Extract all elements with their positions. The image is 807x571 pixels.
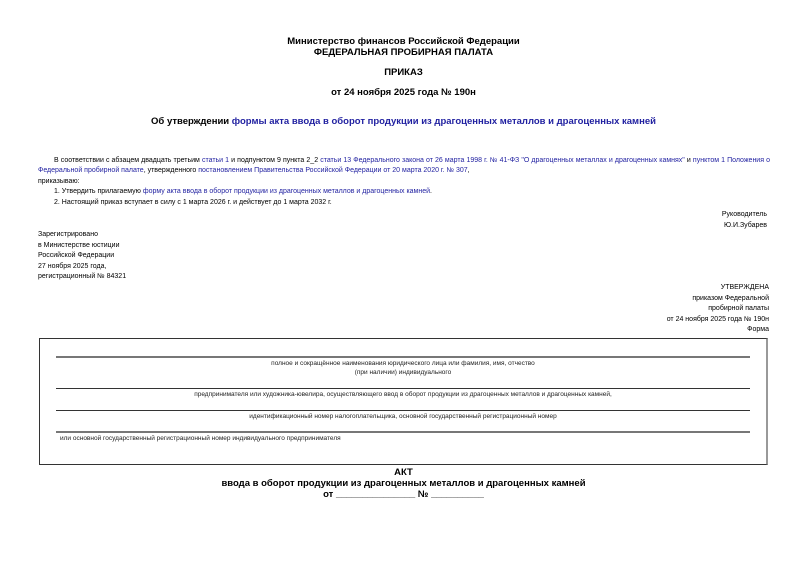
- form-link[interactable]: форму акта ввода в оборот продукции из д…: [143, 188, 430, 195]
- approval-block: УТВЕРЖДЕНА приказом Федеральной пробирно…: [667, 283, 769, 336]
- entity-name-caption: полное и сокращённое наименования юридич…: [56, 359, 750, 377]
- from-label: от: [323, 489, 333, 500]
- ogrnip-caption: или основной государственный регистрацио…: [60, 434, 341, 443]
- signature-block: Руководитель Ю.И.Зубарев: [722, 209, 767, 231]
- preamble-text: и: [685, 157, 693, 164]
- tax-id-line[interactable]: [56, 410, 750, 411]
- approval-line: приказом Федеральной: [667, 294, 769, 305]
- approval-line: пробирной палаты: [667, 304, 769, 315]
- act-date-number: от _______________ № __________: [0, 489, 807, 500]
- ogrnip-line[interactable]: [56, 431, 750, 433]
- date-blank[interactable]: _______________: [336, 489, 415, 500]
- agency-name: ФЕДЕРАЛЬНАЯ ПРОБИРНАЯ ПАЛАТА: [0, 47, 807, 58]
- document-date-number: от 24 ноября 2025 года № 190н: [0, 87, 807, 98]
- title-form-link[interactable]: формы акта ввода в оборот продукции из д…: [232, 116, 656, 127]
- entity-type-line[interactable]: [56, 388, 750, 389]
- preamble-paragraph: В соответствии с абзацем двадцать третьи…: [38, 156, 770, 176]
- document-title: Об утверждении формы акта ввода в оборот…: [0, 116, 807, 127]
- registration-block: Зарегистрировано в Министерстве юстиции …: [38, 230, 126, 283]
- ministry-name: Министерство финансов Российской Федерац…: [0, 36, 807, 47]
- registration-line: Российской Федерации: [38, 251, 126, 262]
- federal-law-link[interactable]: статьи 13 Федерального закона от 26 март…: [320, 157, 685, 164]
- act-title: АКТ: [0, 467, 807, 478]
- government-decree-link[interactable]: постановлением Правительства Российской …: [198, 167, 467, 174]
- registration-line: в Министерстве юстиции: [38, 241, 126, 252]
- order-item-1: 1. Утвердить прилагаемую форму акта ввод…: [54, 187, 432, 197]
- number-blank[interactable]: __________: [431, 489, 484, 500]
- item-text: 1. Утвердить прилагаемую: [54, 188, 143, 195]
- preamble-text: В соответствии с абзацем двадцать третьи…: [54, 157, 202, 164]
- preamble-text: ,: [468, 167, 470, 174]
- item-text: .: [430, 188, 432, 195]
- registration-line: Зарегистрировано: [38, 230, 126, 241]
- preamble-text: и подпунктом 9 пункта 2_2: [229, 157, 320, 164]
- entity-type-caption: предпринимателя или художника-ювелира, о…: [56, 390, 750, 399]
- registration-line: регистрационный № 84321: [38, 272, 126, 283]
- act-subtitle: ввода в оборот продукции из драгоценных …: [0, 478, 807, 489]
- signatory-position: Руководитель: [722, 209, 767, 220]
- number-label: №: [418, 489, 429, 500]
- registration-line: 27 ноября 2025 года,: [38, 262, 126, 273]
- document-type: ПРИКАЗ: [0, 67, 807, 78]
- signatory-name: Ю.И.Зубарев: [722, 220, 767, 231]
- caption-line: полное и сокращённое наименования юридич…: [56, 359, 750, 368]
- title-prefix: Об утверждении: [151, 116, 232, 127]
- article-1-link[interactable]: статьи 1: [202, 157, 229, 164]
- caption-line: (при наличии) индивидуального: [56, 368, 750, 377]
- tax-id-caption: идентификационный номер налогоплательщик…: [56, 412, 750, 421]
- entity-name-line[interactable]: [56, 356, 750, 358]
- order-item-2: 2. Настоящий приказ вступает в силу с 1 …: [54, 198, 332, 208]
- approval-line: УТВЕРЖДЕНА: [667, 283, 769, 294]
- approval-line: от 24 ноября 2025 года № 190н: [667, 315, 769, 326]
- order-word: приказываю:: [38, 177, 80, 187]
- preamble-text: , утвержденного: [144, 167, 199, 174]
- form-label: Форма: [667, 325, 769, 336]
